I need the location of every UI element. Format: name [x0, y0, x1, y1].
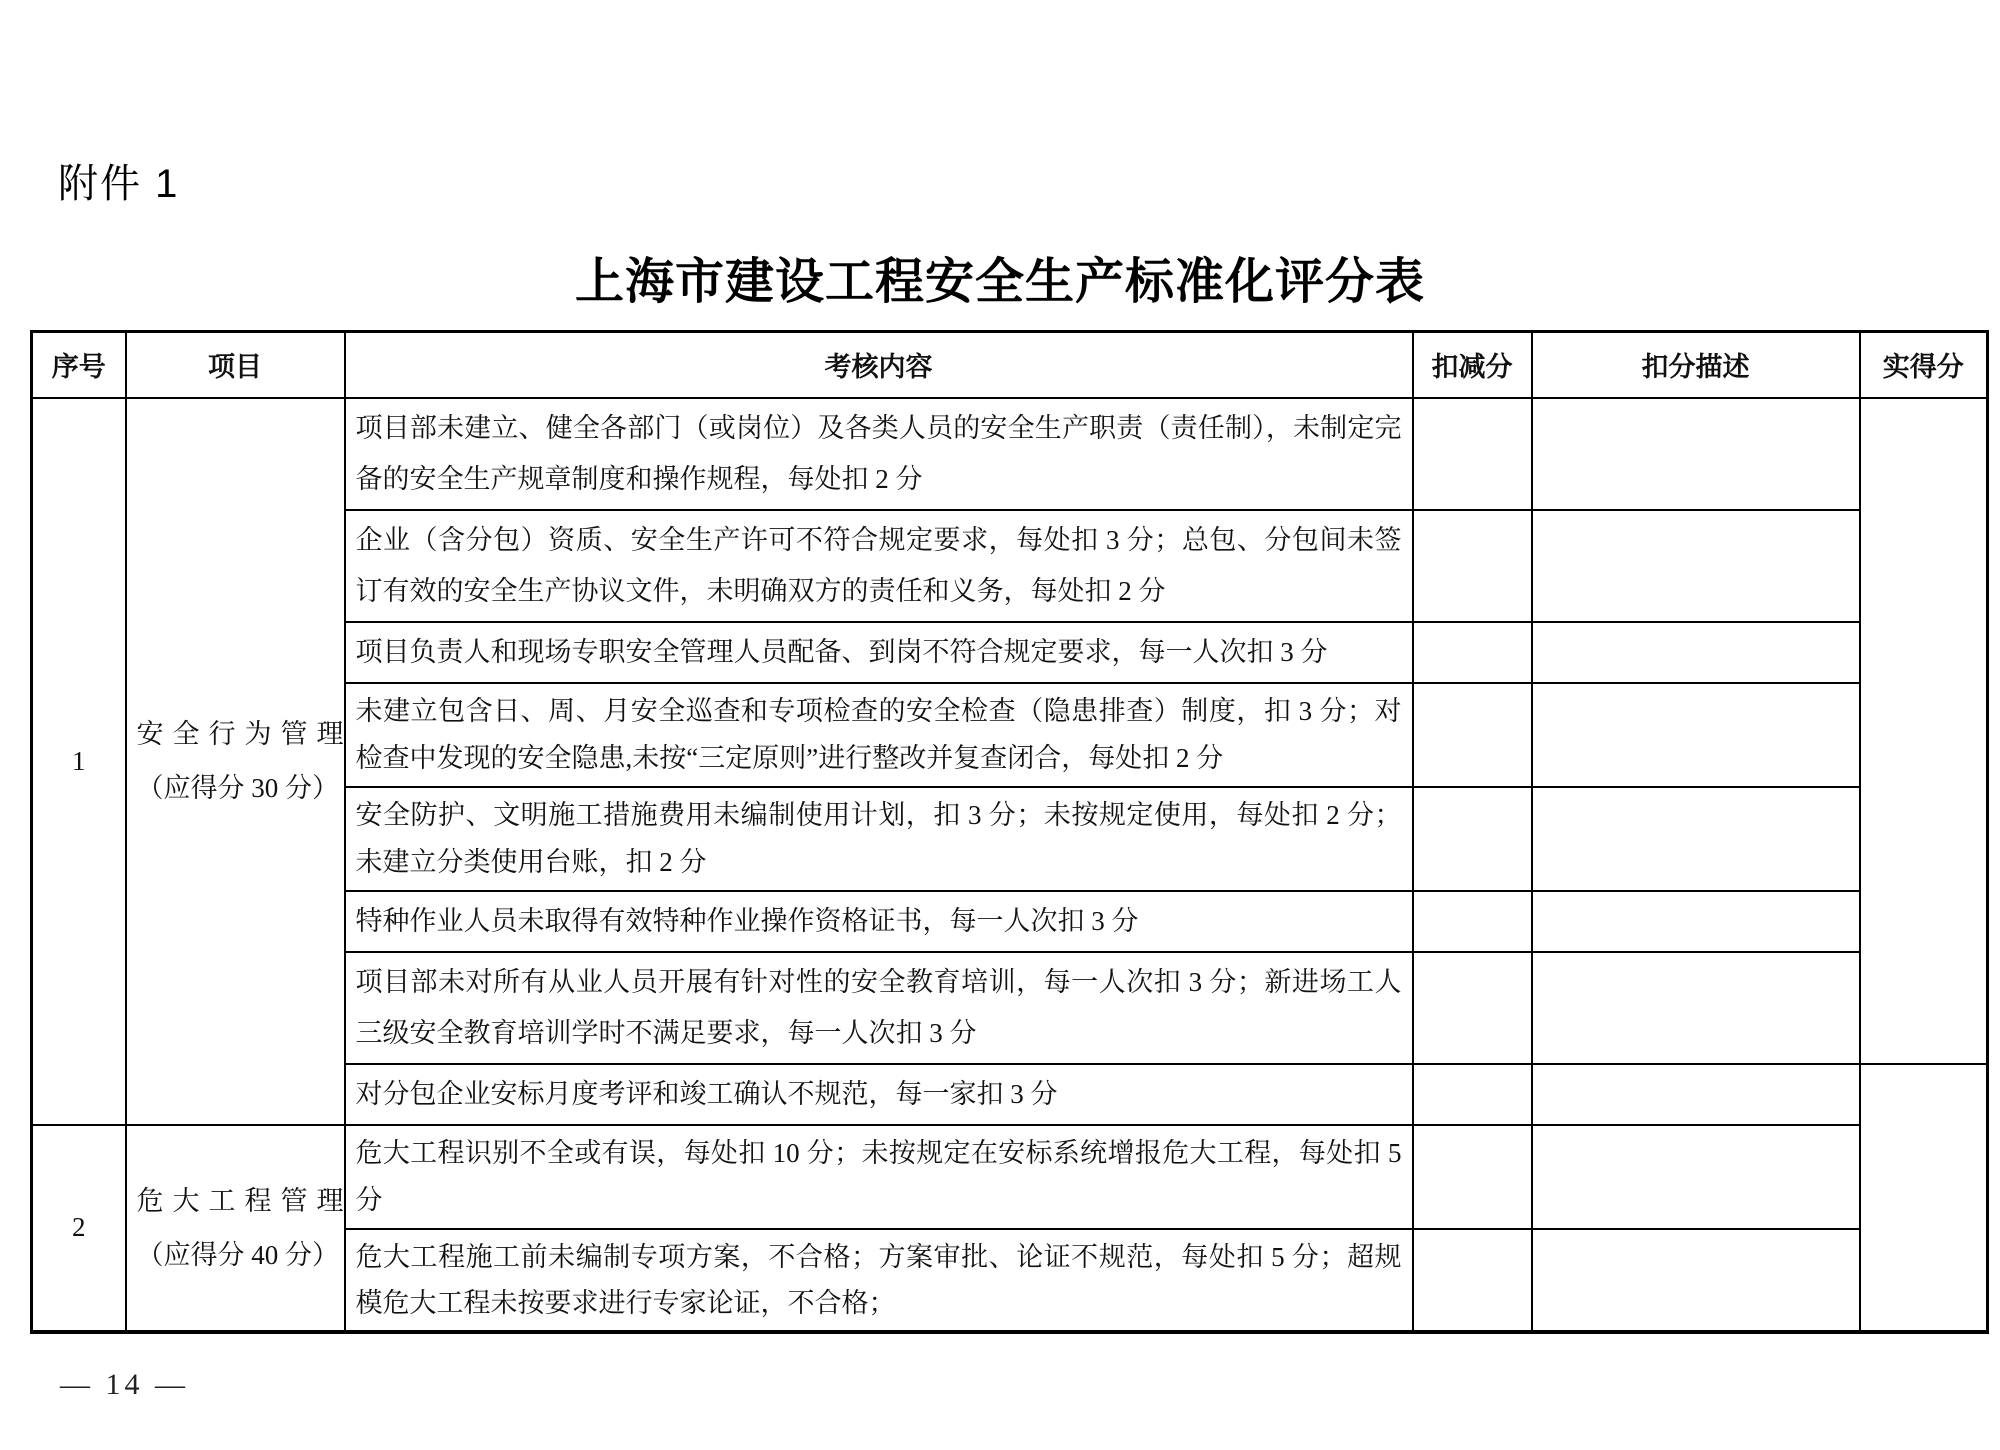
deduction-cell	[1413, 1229, 1532, 1332]
content-cell: 特种作业人员未取得有效特种作业操作资格证书，每一人次扣 3 分	[345, 891, 1413, 952]
section1-project: 安全行为管理 （应得分 30 分）	[126, 398, 345, 1125]
content-cell: 对分包企业安标月度考评和竣工确认不规范，每一家扣 3 分	[345, 1064, 1413, 1125]
description-cell	[1532, 622, 1860, 683]
table-row: 1 安全行为管理 （应得分 30 分） 项目部未建立、健全各部门（或岗位）及各类…	[32, 398, 1988, 510]
document-page: 附件 1 上海市建设工程安全生产标准化评分表 序号 项目 考核内容 扣减分 扣分…	[0, 0, 2000, 1450]
header-description: 扣分描述	[1532, 332, 1860, 398]
deduction-cell	[1413, 1064, 1532, 1125]
content-cell: 项目部未对所有从业人员开展有针对性的安全教育培训，每一人次扣 3 分；新进场工人…	[345, 952, 1413, 1064]
description-cell	[1532, 1064, 1860, 1125]
header-project: 项目	[126, 332, 345, 398]
content-cell: 项目部未建立、健全各部门（或岗位）及各类人员的安全生产职责（责任制），未制定完备…	[345, 398, 1413, 510]
description-cell	[1532, 952, 1860, 1064]
deduction-cell	[1413, 1125, 1532, 1229]
deduction-cell	[1413, 787, 1532, 891]
score-table: 序号 项目 考核内容 扣减分 扣分描述 实得分 1 安全行为管理 （应得分 30…	[30, 330, 1989, 1334]
section2-project-score: （应得分 40 分）	[137, 1228, 334, 1282]
table-row: 2 危大工程管理 （应得分 40 分） 危大工程识别不全或有误，每处扣 10 分…	[32, 1125, 1988, 1229]
section1-project-score: （应得分 30 分）	[137, 761, 334, 815]
content-cell: 项目负责人和现场专职安全管理人员配备、到岗不符合规定要求，每一人次扣 3 分	[345, 622, 1413, 683]
content-cell: 未建立包含日、周、月安全巡查和专项检查的安全检查（隐患排查）制度，扣 3 分；对…	[345, 683, 1413, 787]
deduction-cell	[1413, 622, 1532, 683]
header-actual: 实得分	[1860, 332, 1988, 398]
deduction-cell	[1413, 510, 1532, 622]
section1-seq: 1	[32, 398, 126, 1125]
table-header-row: 序号 项目 考核内容 扣减分 扣分描述 实得分	[32, 332, 1988, 398]
section2-project-name: 危大工程管理	[137, 1174, 334, 1228]
content-cell: 安全防护、文明施工措施费用未编制使用计划，扣 3 分；未按规定使用，每处扣 2 …	[345, 787, 1413, 891]
content-cell: 企业（含分包）资质、安全生产许可不符合规定要求，每处扣 3 分；总包、分包间未签…	[345, 510, 1413, 622]
header-content: 考核内容	[345, 332, 1413, 398]
page-title: 上海市建设工程安全生产标准化评分表	[0, 243, 2000, 313]
section1-project-name: 安全行为管理	[137, 707, 334, 761]
header-seq: 序号	[32, 332, 126, 398]
page-number: — 14 —	[60, 1368, 189, 1402]
deduction-cell	[1413, 398, 1532, 510]
content-cell: 危大工程施工前未编制专项方案，不合格；方案审批、论证不规范，每处扣 5 分；超规…	[345, 1229, 1413, 1332]
description-cell	[1532, 510, 1860, 622]
description-cell	[1532, 1125, 1860, 1229]
deduction-cell	[1413, 891, 1532, 952]
section2-project: 危大工程管理 （应得分 40 分）	[126, 1125, 345, 1332]
attachment-label: 附件 1	[58, 152, 179, 209]
deduction-cell	[1413, 952, 1532, 1064]
description-cell	[1532, 787, 1860, 891]
section2-seq: 2	[32, 1125, 126, 1332]
header-deduction: 扣减分	[1413, 332, 1532, 398]
content-cell: 危大工程识别不全或有误，每处扣 10 分；未按规定在安标系统增报危大工程，每处扣…	[345, 1125, 1413, 1229]
description-cell	[1532, 398, 1860, 510]
description-cell	[1532, 891, 1860, 952]
actual-score-cell-block2	[1860, 1064, 1988, 1332]
description-cell	[1532, 683, 1860, 787]
actual-score-cell-block1	[1860, 398, 1988, 1064]
deduction-cell	[1413, 683, 1532, 787]
description-cell	[1532, 1229, 1860, 1332]
